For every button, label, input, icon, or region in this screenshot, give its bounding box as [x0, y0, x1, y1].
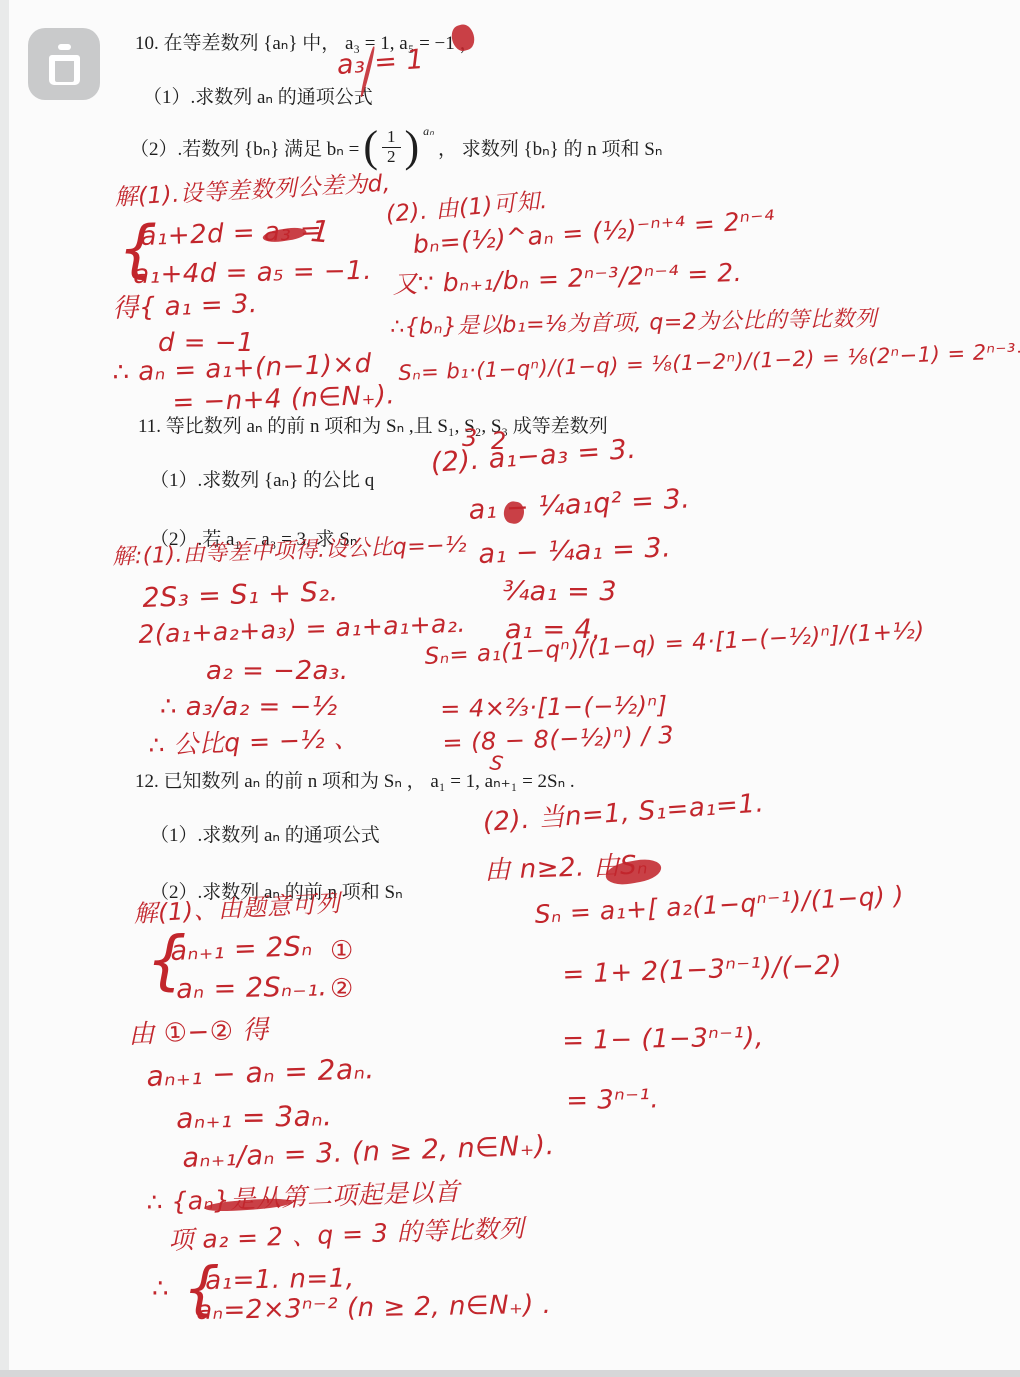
handwritten-note: aₙ₊₁ = 2Sₙ: [170, 933, 313, 966]
handwritten-note: 得{ a₁ = 3.: [112, 291, 258, 323]
fraction-denominator: 2: [387, 148, 396, 167]
handwritten-note: = 4×⅔·[1−(−½)ⁿ]: [440, 693, 668, 722]
problem-12-statement: 12. 已知数列 aₙ 的前 n 项和为 Sₙ ， a₁ = 1, aₙ₊₁ =…: [135, 766, 575, 793]
handwritten-note: a₂ = −2a₃.: [206, 658, 349, 685]
problem-11-text: 11. 等比数列 aₙ 的前 n 项和为 Sₙ ,且 S₁, S₂, S₃ 成等…: [138, 416, 608, 437]
delete-button[interactable]: [28, 28, 100, 100]
problem-10-part2-suffix: ， 求数列 {bₙ} 的 n 项和 Sₙ: [438, 134, 662, 161]
handwritten-note: ∴ a₃/a₂ = −½: [160, 694, 338, 721]
handwritten-note: Sₙ= a₁(1−qⁿ)/(1−q) = 4·[1−(−½)ⁿ]/(1+½): [424, 619, 925, 669]
handwritten-note: a₁=1. n=1,: [205, 1265, 355, 1295]
handwritten-note: (2). 当n=1, S₁=a₁=1.: [482, 790, 765, 837]
handwritten-note: a₁+4d = a₅ = −1.: [133, 258, 372, 289]
handwritten-note: = 1− (1−3ⁿ⁻¹),: [562, 1024, 764, 1055]
trash-icon: [28, 28, 100, 100]
fraction: 1 2: [382, 128, 401, 166]
handwritten-note: = 1+ 2(1−3ⁿ⁻¹)/(−2): [562, 952, 843, 989]
problem-12-text: 12. 已知数列 aₙ 的前 n 项和为 Sₙ ， a₁ = 1, aₙ₊₁ =…: [135, 771, 575, 792]
handwritten-note: aₙ₊₁/aₙ = 3. (n ≥ 2, n∈N₊).: [182, 1132, 555, 1173]
problem-11-part-1: （1）.求数列 {aₙ} 的公比 q: [150, 465, 374, 492]
handwritten-note: 1: [309, 216, 331, 249]
right-paren: ): [405, 128, 420, 165]
problem-10-part-1: （1）.求数列 aₙ 的通项公式: [143, 82, 373, 109]
handwritten-note: a₁ − ¼a₁q² = 3.: [468, 485, 691, 525]
handwritten-note: Sₙ= b₁·(1−qⁿ)/(1−q) = ⅛(1−2ⁿ)/(1−2) = ⅛(…: [398, 339, 1020, 384]
handwritten-note: ∴ {aₙ}是从第二项起是以首: [146, 1179, 460, 1216]
handwritten-note: ∴{bₙ}是以b₁=⅛为首项, q=2为公比的等比数列: [390, 307, 877, 339]
handwritten-note: 解(1).设等差数列公差为d,: [114, 172, 391, 211]
problem-10-statement: 10. 在等差数列 {aₙ} 中， a₃ = 1, a₅ = −1 ，: [135, 28, 479, 55]
handwritten-note: = 3ⁿ⁻¹.: [566, 1086, 659, 1115]
handwritten-note: ②: [330, 976, 354, 1003]
problem-12-part-1: （1）.求数列 aₙ 的通项公式: [150, 820, 380, 847]
handwritten-note: aₙ=2×3ⁿ⁻² (n ≥ 2, n∈N₊) .: [196, 1292, 552, 1325]
handwritten-note: 由 ①−② 得: [128, 1017, 269, 1049]
handwritten-note: 2S₃ = S₁ + S₂.: [142, 578, 339, 613]
problem-10-part1-text: （1）.求数列 aₙ 的通项公式: [143, 87, 373, 108]
handwritten-note: Sₙ = a₁+[ a₂(1−qⁿ⁻¹)/(1−q) ): [534, 883, 905, 929]
worksheet-page: 10. 在等差数列 {aₙ} 中， a₃ = 1, a₅ = −1 ， （1）.…: [0, 0, 1020, 1377]
fraction-exponent: aₙ: [423, 124, 434, 139]
handwritten-note: 又∵ bₙ₊₁/bₙ = 2ⁿ⁻³/2ⁿ⁻⁴ = 2.: [392, 260, 743, 298]
problem-12-part1-text: （1）.求数列 aₙ 的通项公式: [150, 825, 380, 846]
problem-10-text: 10. 在等差数列 {aₙ} 中， a₃ = 1, a₅ = −1 ，: [135, 33, 479, 54]
fraction-numerator: 1: [382, 128, 401, 148]
problem-11-part1-text: （1）.求数列 {aₙ} 的公比 q: [150, 470, 374, 491]
left-paren: (: [363, 128, 378, 165]
handwritten-note: 项 a₂ = 2 、q = 3 的等比数列: [168, 1216, 525, 1255]
handwritten-note: = (8 − 8(−½)ⁿ) / 3: [442, 723, 674, 756]
problem-10-part2-prefix: （2）.若数列 {bₙ} 满足 bₙ =: [130, 134, 359, 161]
handwritten-note: aₙ₊₁ = 3aₙ.: [176, 1101, 333, 1133]
handwritten-note: aₙ₊₁ − aₙ = 2aₙ.: [146, 1054, 375, 1091]
handwritten-note: a₃ = 1: [336, 46, 425, 80]
page-edge-left: [0, 0, 9, 1377]
handwritten-note: 2(a₁+a₂+a₃) = a₁+a₁+a₂.: [138, 611, 466, 649]
handwritten-note: ∴: [152, 1276, 169, 1303]
problem-10-part-2: （2）.若数列 {bₙ} 满足 bₙ = ( 1 2 ) aₙ ， 求数列 {b…: [130, 128, 662, 166]
handwritten-note: aₙ = 2Sₙ₋₁.: [176, 973, 328, 1004]
handwritten-note: ∴ 公比q = −½ 、: [148, 726, 359, 760]
handwritten-note: ①: [330, 938, 354, 965]
handwritten-note: a₁ − ¼a₁ = 3.: [478, 534, 672, 569]
page-edge-bottom: [0, 1370, 1020, 1377]
handwritten-note: ¾a₁ = 3: [503, 578, 617, 606]
